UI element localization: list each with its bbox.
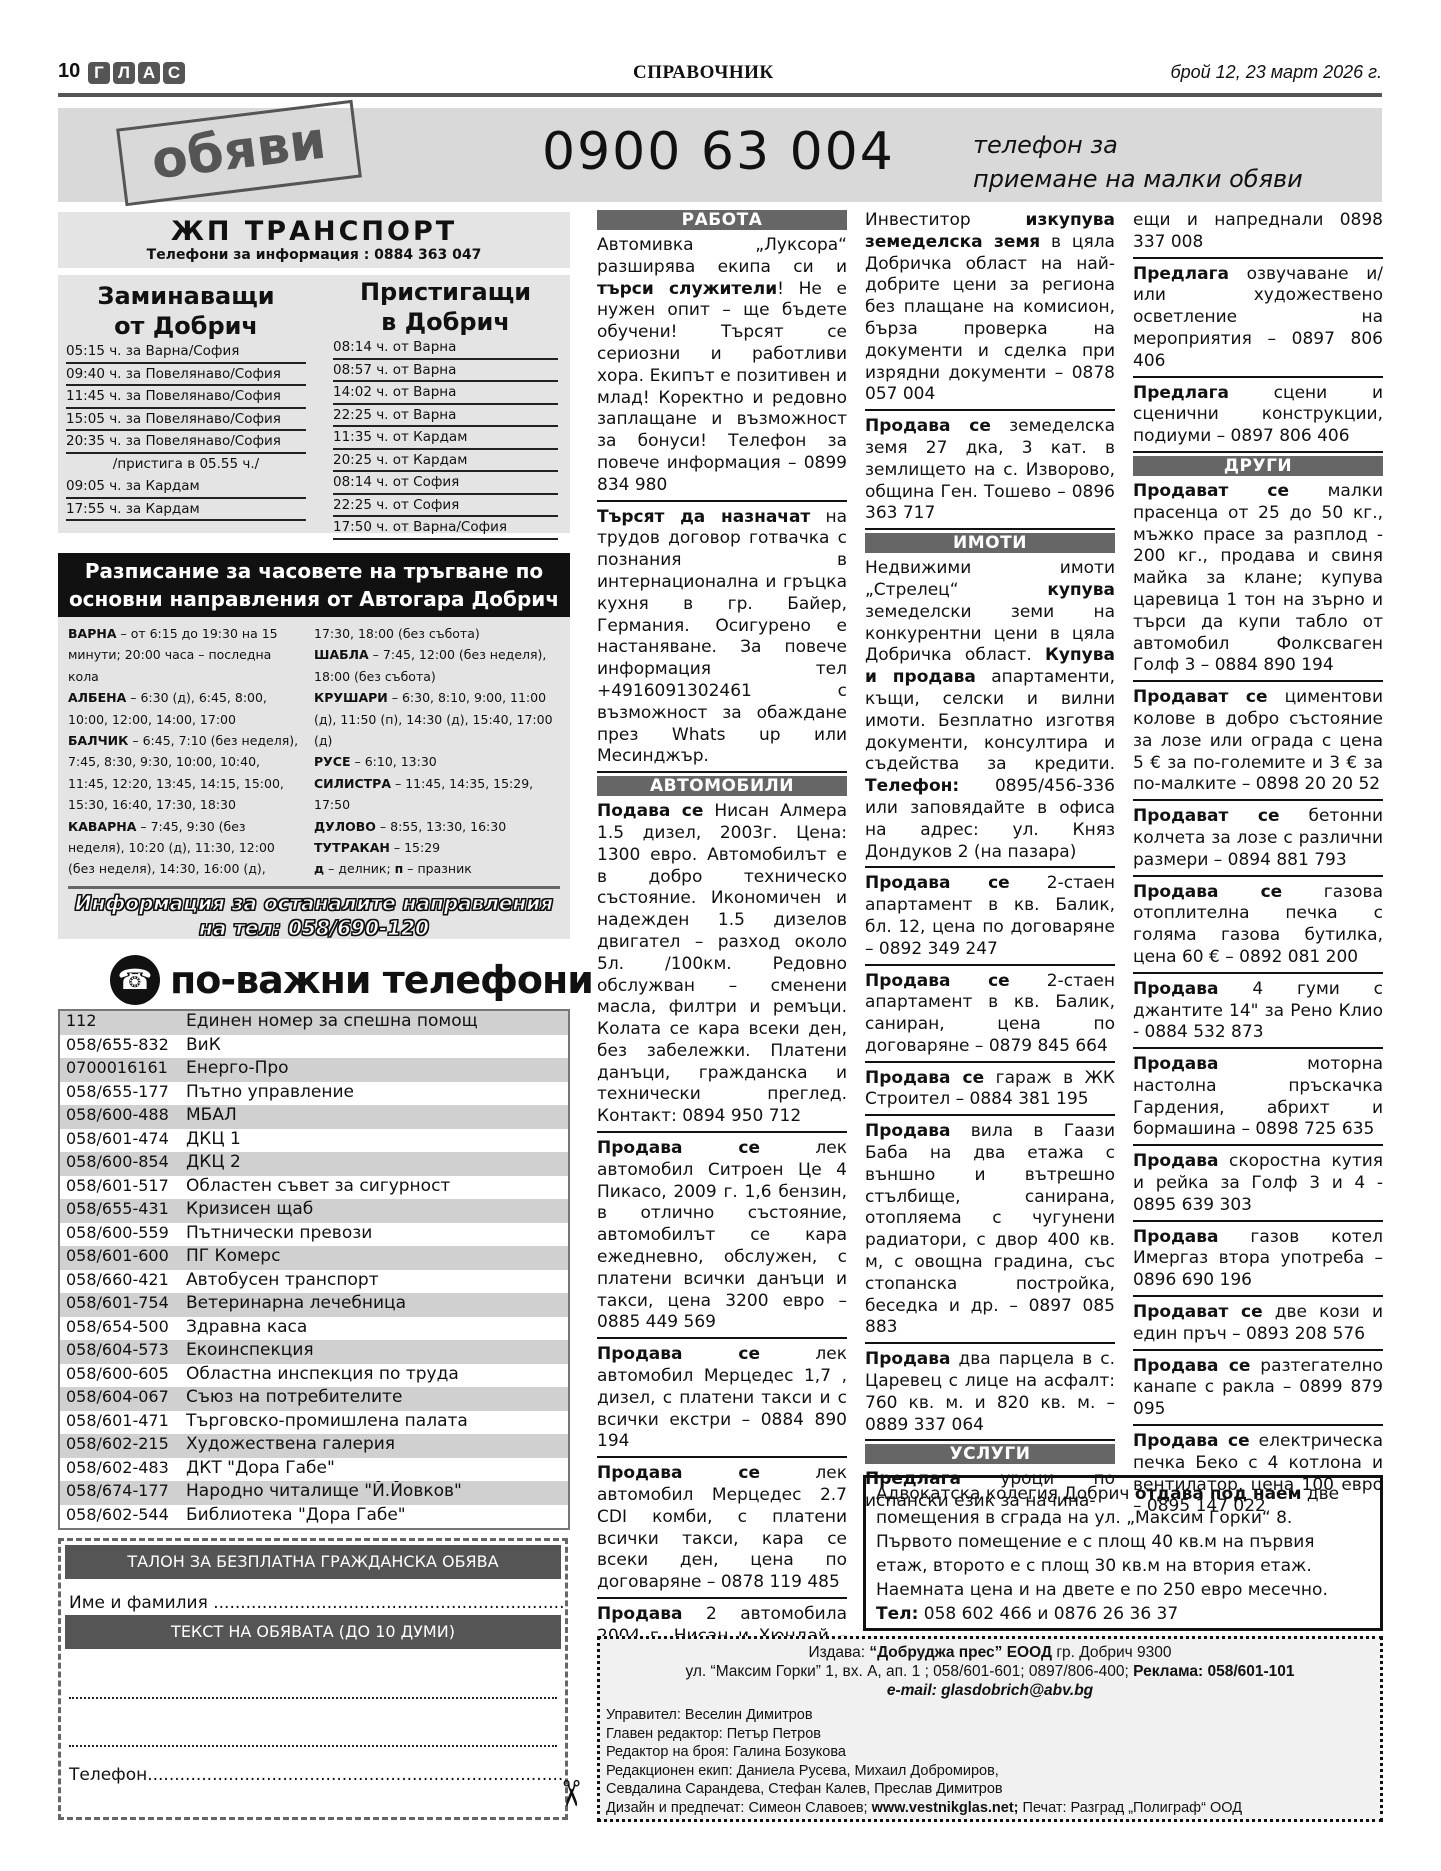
bus-route: КАВАРНА – 7:45, 9:30 (без неделя), 10:20…	[68, 816, 300, 880]
bus-schedule: Разписание за часовете на тръгване поосн…	[58, 553, 570, 939]
phone-row: 0700016161Енерго-Про	[60, 1058, 568, 1082]
arrival-row: 20:25 ч. от Кардам	[333, 450, 558, 473]
phones-header: ☎ по-важни телефони	[110, 955, 593, 1005]
phone-row: 058/654-500Здравна каса	[60, 1317, 568, 1341]
ad-item: Търсят да назначат на трудов договор гот…	[597, 505, 847, 774]
departure-row: 20:35 ч. за Повелянаво/София	[66, 431, 306, 454]
phone-row: 058/655-177Пътно управление	[60, 1082, 568, 1106]
bus-col-right: 17:30, 18:00 (без събота) ШАБЛА – 7:45, …	[314, 623, 560, 880]
ad-item: Инвеститор изкупува земеделска земя в ця…	[865, 208, 1115, 411]
departure-note: /пристига в 05.55 ч./	[66, 454, 306, 477]
ad-item: Подава се Нисан Алмера 1.5 дизел, 2003г.…	[597, 799, 847, 1133]
note-line: телефон за	[973, 128, 1303, 162]
ad-item: Продава два парцела в с. Царевец с лице …	[865, 1347, 1115, 1441]
phone-row: 058/602-215Художествена галерия	[60, 1434, 568, 1458]
bus-route: ШАБЛА – 7:45, 12:00 (без неделя), 18:00 …	[314, 644, 560, 687]
free-ad-coupon: ТАЛОН ЗА БЕЗПЛАТНА ГРАЖДАНСКА ОБЯВА Име …	[58, 1538, 568, 1820]
publisher: Издава: “Добруджа прес” ЕООД гр. Добрич …	[606, 1643, 1374, 1662]
category-work: РАБОТА	[597, 210, 847, 230]
phone-row: 058/674-177Народно читалище "Й.Йовков"	[60, 1481, 568, 1505]
staff-line: Редакционен екип: Даниела Русева, Михаил…	[606, 1762, 1374, 1781]
ad-item: Предлага сцени и сценични конструкции, п…	[1133, 381, 1383, 453]
coupon-title: ТАЛОН ЗА БЕЗПЛАТНА ГРАЖДАНСКА ОБЯВА	[65, 1545, 561, 1579]
arrival-row: 08:57 ч. от Варна	[333, 360, 558, 383]
departing-title: Заминаващиот Добрич	[66, 281, 306, 341]
arrival-row: 08:14 ч. от София	[333, 472, 558, 495]
ad-item-cont: ещи и напреднали 0898 337 008	[1133, 208, 1383, 259]
bus-route: АЛБЕНА – 6:30 (д), 6:45, 8:00, 10:00, 12…	[68, 687, 300, 730]
bus-route: БАЛЧИК – 6:45, 7:10 (без неделя), 7:45, …	[68, 730, 300, 816]
staff-line: Редактор на броя: Галина Бозукова	[606, 1743, 1374, 1762]
law-office-ad: Адвокатска колегия Добрич отдава под нае…	[863, 1475, 1383, 1631]
ads-banner: обяви 0900 63 004 телефон за приемане на…	[58, 108, 1382, 202]
logo-letter: А	[138, 62, 160, 84]
bus-route-cont: 17:30, 18:00 (без събота)	[314, 623, 560, 644]
staff-line: Севдалина Сарандева, Стефан Калев, Пресл…	[606, 1780, 1374, 1799]
phone-row: 058/602-544Библиотека "Дора Габе"	[60, 1505, 568, 1529]
arrival-row: 17:50 ч. от Варна/София	[333, 517, 558, 540]
ad-item: Продават се бетонни колчета за лозе с ра…	[1133, 804, 1383, 876]
phone-row: 058/601-474ДКЦ 1	[60, 1129, 568, 1153]
ad-item: Продава моторна настолна пръскачка Гарде…	[1133, 1052, 1383, 1146]
ad-item: Недвижими имоти „Стрелец“ купува земедел…	[865, 556, 1115, 868]
address: ул. “Максим Горки” 1, вх. А, ап. 1 ; 058…	[606, 1662, 1374, 1681]
scissors-icon: ✂	[550, 1778, 591, 1808]
departure-row: 09:40 ч. за Повелянаво/София	[66, 364, 306, 387]
ad-item: Продава се земеделска земя 27 дка, 3 кат…	[865, 414, 1115, 530]
rail-phone: Телефони за информация : 0884 363 047	[58, 247, 570, 263]
ad-item: Продават се малки прасенца от 25 до 50 к…	[1133, 479, 1383, 682]
phone-row: 058/655-832ВиК	[60, 1035, 568, 1059]
departure-row: 09:05 ч. за Кардам	[66, 476, 306, 499]
page-number: 10	[58, 60, 80, 83]
bus-route: ТУТРАКАН – 15:29	[314, 837, 560, 858]
ad-item: Продава се лек автомобил Мерцедес 1,7 , …	[597, 1342, 847, 1458]
phone-row: 058/601-754Ветеринарна лечебница	[60, 1293, 568, 1317]
ad-item: Продава 4 гуми с джантите 14" за Рено Кл…	[1133, 977, 1383, 1049]
category-other: ДРУГИ	[1133, 456, 1383, 476]
ads-column-2: Инвеститор изкупува земеделска земя в ця…	[865, 208, 1115, 1519]
issue-date: брой 12, 23 март 2026 г.	[1171, 62, 1382, 83]
ad-item: Продава се 2-стаен апартамент в кв. Бали…	[865, 871, 1115, 965]
ad-item: Продават се две кози и един пръч – 0893 …	[1133, 1300, 1383, 1351]
phone-field[interactable]: Телефон.................................…	[61, 1765, 565, 1785]
ad-item: Продава се 2-стаен апартамент в кв. Бали…	[865, 969, 1115, 1063]
phone-row: 058/602-483ДКТ "Дора Габе"	[60, 1458, 568, 1482]
logo-letter: Л	[113, 62, 135, 84]
ad-item: Продава се лек автомобил Мерцедес 2.7 CD…	[597, 1461, 847, 1599]
phone-row: 058/601-471Търговско-промишлена палата	[60, 1411, 568, 1435]
ad-text-line[interactable]	[69, 1727, 557, 1747]
phone-row: 058/600-488МБАЛ	[60, 1105, 568, 1129]
logo-letter: Г	[88, 62, 110, 84]
category-services: УСЛУГИ	[865, 1444, 1115, 1464]
rail-title: ЖП ТРАНСПОРТ	[58, 212, 570, 247]
bus-legend: д – делник; п – празник	[314, 858, 560, 879]
ads-phone: 0900 63 004	[542, 122, 895, 182]
ad-text-line[interactable]	[69, 1679, 557, 1699]
phone-row: 058/660-421Автобусен транспорт	[60, 1270, 568, 1294]
ad-item: Продава се гараж в ЖК Строител – 0884 38…	[865, 1066, 1115, 1117]
website-link[interactable]: www.vestnikglas.net;	[872, 1800, 1019, 1816]
category-estate: ИМОТИ	[865, 533, 1115, 553]
ads-column-1: РАБОТА Автомивка „Луксора“ разширява еки…	[597, 208, 847, 1700]
ad-item: Продават се циментови колове в добро със…	[1133, 685, 1383, 801]
bus-info: Информация за останалите направленияна т…	[68, 886, 560, 941]
departure-row: 11:45 ч. за Повелянаво/София	[66, 386, 306, 409]
newspaper-logo: Г Л А С	[88, 62, 185, 84]
logo-letter: С	[163, 62, 185, 84]
ads-stamp: обяви	[116, 100, 362, 206]
name-field[interactable]: Име и фамилия ..........................…	[61, 1593, 565, 1613]
page-header: 10 Г Л А С СПРАВОЧНИК брой 12, 23 март 2…	[58, 60, 1382, 94]
section-title: СПРАВОЧНИК	[633, 62, 774, 84]
ad-item: Продава се газова отоплителна печка с го…	[1133, 880, 1383, 974]
staff-line: Управител: Веселин Димитров	[606, 1706, 1374, 1725]
ad-item: Предлага озвучаване и/или художествено о…	[1133, 262, 1383, 378]
departing-list: Заминаващиот Добрич 05:15 ч. за Варна/Со…	[66, 275, 306, 521]
arrival-row: 14:02 ч. от Варна	[333, 382, 558, 405]
phone-row: 058/604-573Екоинспекция	[60, 1340, 568, 1364]
telephone-icon: ☎	[110, 955, 160, 1005]
phones-title: по-важни телефони	[170, 958, 593, 1002]
phone-row: 058/604-067Съюз на потребителите	[60, 1387, 568, 1411]
arrival-row: 22:25 ч. от София	[333, 495, 558, 518]
departure-row: 15:05 ч. за Повелянаво/София	[66, 409, 306, 432]
ads-phone-note: телефон за приемане на малки обяви	[973, 128, 1303, 196]
bus-route: КРУШАРИ – 6:30, 8:10, 9:00, 11:00 (д), 1…	[314, 687, 560, 751]
bus-title: Разписание за часовете на тръгване поосн…	[58, 553, 570, 617]
bus-route: ВАРНА – от 6:15 до 19:30 на 15 минути; 2…	[68, 623, 300, 687]
departure-row: 05:15 ч. за Варна/София	[66, 341, 306, 364]
header-rule	[58, 93, 1382, 97]
ad-item: Продава газов котел Имергаз втора употре…	[1133, 1225, 1383, 1297]
phone-row: 058/601-600ПГ Комерс	[60, 1246, 568, 1270]
ads-column-3: ещи и напреднали 0898 337 008 Предлага о…	[1133, 208, 1383, 1524]
ad-item: Продава се разтегателно канапе с ракла –…	[1133, 1354, 1383, 1426]
staff-line: Главен редактор: Петър Петров	[606, 1725, 1374, 1744]
phone-row: 058/600-559Пътнически превози	[60, 1223, 568, 1247]
ad-item: Автомивка „Луксора“ разширява екипа си и…	[597, 233, 847, 502]
note-line: приемане на малки обяви	[973, 162, 1303, 196]
bus-col-left: ВАРНА – от 6:15 до 19:30 на 15 минути; 2…	[68, 623, 314, 880]
category-cars: АВТОМОБИЛИ	[597, 776, 847, 796]
phone-row: 058/600-605Областна инспекция по труда	[60, 1364, 568, 1388]
ad-item: Продава вила в Гаази Баба на два етажа с…	[865, 1119, 1115, 1344]
imprint: Издава: “Добруджа прес” ЕООД гр. Добрич …	[597, 1636, 1383, 1822]
arriving-list: Пристигащив Добрич 08:14 ч. от Варна 08:…	[333, 275, 558, 540]
departure-row: 17:55 ч. за Кардам	[66, 499, 306, 522]
phone-row: 058/655-431Кризисен щаб	[60, 1199, 568, 1223]
arrival-row: 08:14 ч. от Варна	[333, 337, 558, 360]
design-line: Дизайн и предпечат: Симеон Славоев; www.…	[606, 1799, 1374, 1818]
ad-item: Продава скоростна кутия и рейка за Голф …	[1133, 1149, 1383, 1221]
ad-item: Продава се лек автомобил Ситроен Це 4 Пи…	[597, 1136, 847, 1339]
phone-row: 058/601-517Областен съвет за сигурност	[60, 1176, 568, 1200]
bus-route: РУСЕ – 6:10, 13:30	[314, 751, 560, 772]
arrival-row: 22:25 ч. от Варна	[333, 405, 558, 428]
email-link[interactable]: e-mail: glasdobrich@abv.bg	[606, 1681, 1374, 1700]
bus-route: СИЛИСТРА – 11:45, 14:35, 15:29, 17:50	[314, 773, 560, 816]
rail-schedule: Заминаващиот Добрич 05:15 ч. за Варна/Со…	[58, 275, 570, 533]
arrival-row: 11:35 ч. от Кардам	[333, 427, 558, 450]
bus-route: ДУЛОВО – 8:55, 13:30, 16:30	[314, 816, 560, 837]
coupon-text-title: ТЕКСТ НА ОБЯВАТА (ДО 10 ДУМИ)	[65, 1615, 561, 1649]
phone-row: 058/600-854ДКЦ 2	[60, 1152, 568, 1176]
phones-table: 112Единен номер за спешна помощ 058/655-…	[58, 1009, 570, 1530]
phone-row: 112Единен номер за спешна помощ	[60, 1011, 568, 1035]
rail-header: ЖП ТРАНСПОРТ Телефони за информация : 08…	[58, 212, 570, 268]
arriving-title: Пристигащив Добрич	[333, 277, 558, 337]
